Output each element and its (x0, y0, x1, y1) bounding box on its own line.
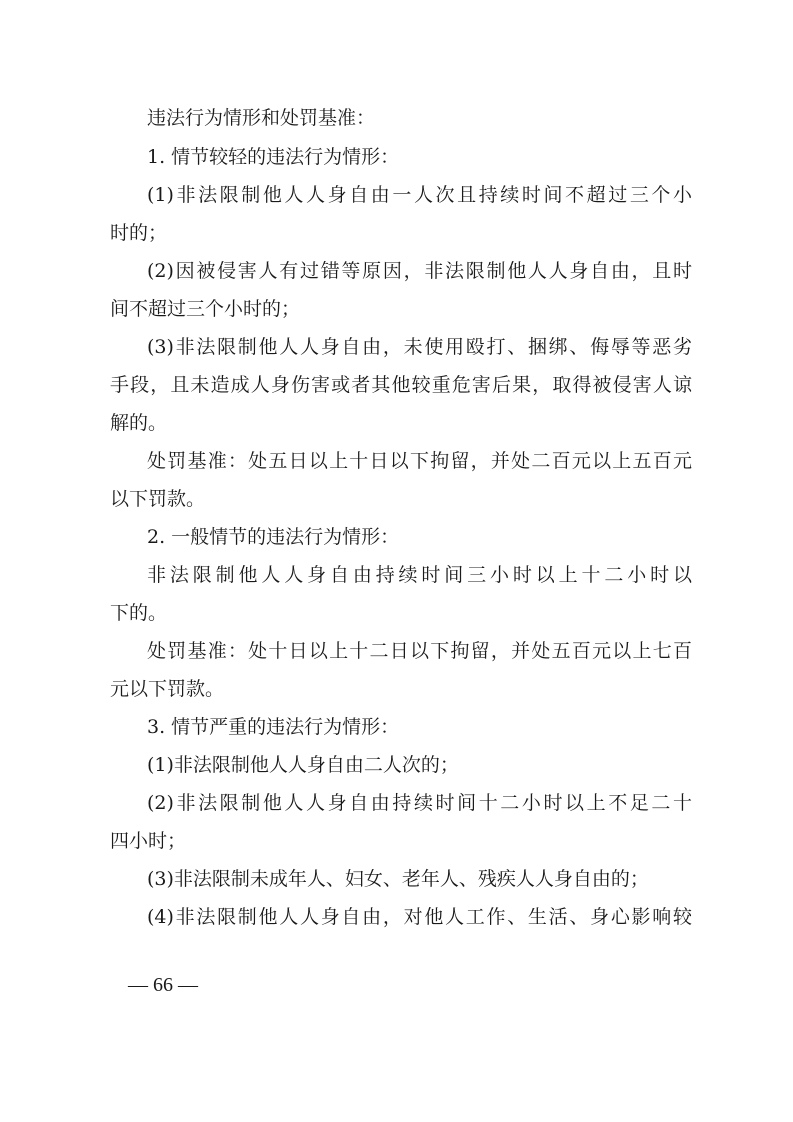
section-3-heading: 3. 情节严重的违法行为情形： (147, 715, 692, 739)
penalty-standard-line: 处罚基准：处五日以上十日以下拘留，并处二百元以上五百元 (147, 449, 692, 473)
paragraph-line: (3)非法限制他人人身自由，未使用殴打、捆绑、侮辱等恶劣 (147, 335, 692, 359)
paragraph-line: 时的； (110, 221, 692, 245)
document-page: 违法行为情形和处罚基准： 1. 情节较轻的违法行为情形： (1)非法限制他人人身… (0, 0, 793, 1122)
paragraph-line: (4)非法限制他人人身自由，对他人工作、生活、身心影响较 (147, 905, 692, 929)
paragraph-line: (1)非法限制他人人身自由一人次且持续时间不超过三个小 (147, 183, 692, 207)
penalty-standard-line: 元以下罚款。 (110, 677, 692, 701)
heading-penalty-standards: 违法行为情形和处罚基准： (147, 106, 692, 130)
section-2-heading: 2. 一般情节的违法行为情形： (147, 525, 692, 549)
paragraph-line: 解的。 (110, 411, 692, 435)
paragraph-line: (3)非法限制未成年人、妇女、老年人、残疾人人身自由的； (147, 867, 692, 891)
paragraph-line: 间不超过三个小时的； (110, 297, 692, 321)
paragraph-line: (1)非法限制他人人身自由二人次的； (147, 753, 692, 777)
paragraph-line: (2)因被侵害人有过错等原因，非法限制他人人身自由，且时 (147, 259, 692, 283)
section-1-heading: 1. 情节较轻的违法行为情形： (147, 145, 692, 169)
penalty-standard-line: 处罚基准：处十日以上十二日以下拘留，并处五百元以上七百 (147, 639, 692, 663)
paragraph-line: 非法限制他人人身自由持续时间三小时以上十二小时以 (147, 563, 692, 587)
paragraph-line: 手段，且未造成人身伤害或者其他较重危害后果，取得被侵害人谅 (110, 373, 692, 397)
penalty-standard-line: 以下罚款。 (110, 487, 692, 511)
paragraph-line: 下的。 (110, 601, 692, 625)
page-number: — 66 — (128, 974, 198, 997)
paragraph-line: 四小时； (110, 829, 692, 853)
paragraph-line: (2)非法限制他人人身自由持续时间十二小时以上不足二十 (147, 791, 692, 815)
